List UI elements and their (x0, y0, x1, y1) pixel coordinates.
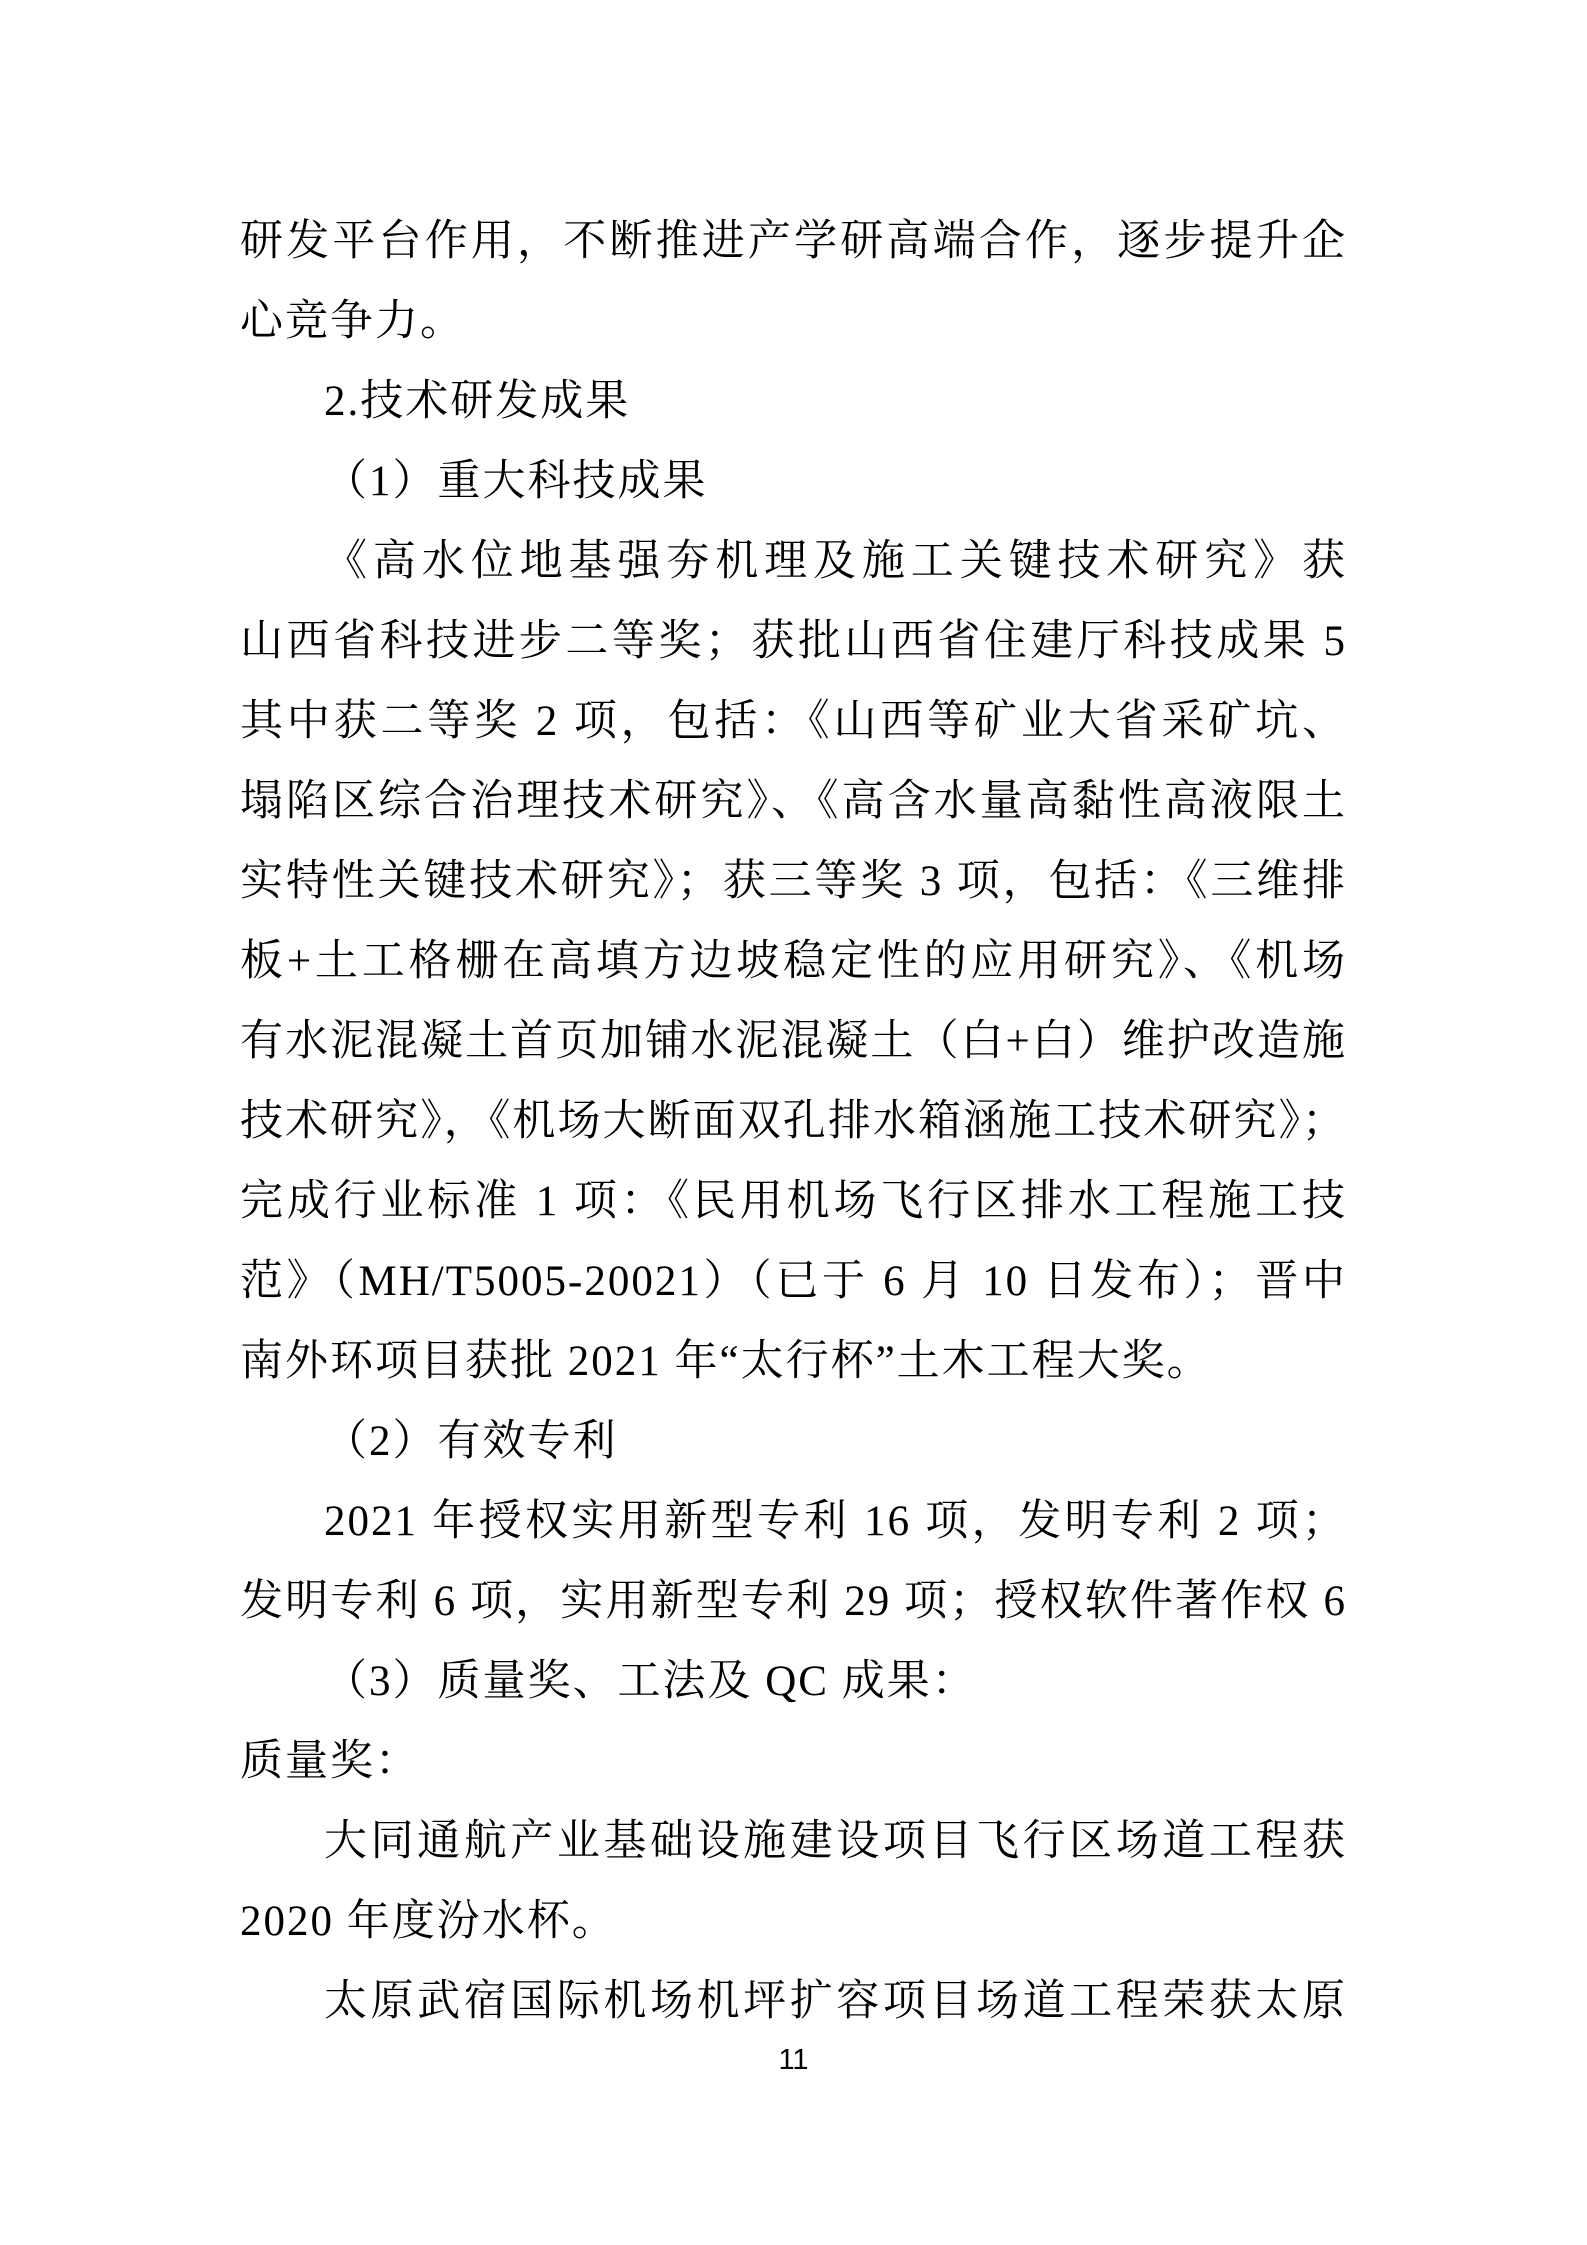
text-line: 范》（MH/T5005-20021）（已于 6 月 10 日发布）；晋中东 (240, 1242, 1347, 1322)
text-line: 大同通航产业基础设施建设项目飞行区场道工程获 (240, 1802, 1347, 1882)
text-line: 心竞争力。 (240, 282, 1347, 362)
text-line: 有水泥混凝土首页加铺水泥混凝土（白+白）维护改造施工 (240, 1002, 1347, 1082)
text-line: 实特性关键技术研究》；获三等奖 3 项，包括：《三维排水 (240, 842, 1347, 922)
text-line: 2020 年度汾水杯。 (240, 1882, 1347, 1962)
page-number: 11 (0, 2042, 1587, 2078)
text-line: 技术研究》，《机场大断面双孔排水箱涵施工技术研究》； (240, 1082, 1347, 1162)
text-line: 质量奖： (240, 1722, 1347, 1802)
text-line: 完成行业标准 1 项：《民用机场飞行区排水工程施工技术规 (240, 1162, 1347, 1242)
text-line: （1）重大科技成果 (240, 442, 1347, 522)
document-body: 研发平台作用，不断推进产学研高端合作，逐步提升企业核心竞争力。2.技术研发成果（… (240, 202, 1347, 2042)
text-line: 发明专利 6 项，实用新型专利 29 项；授权软件著作权 6 项。 (240, 1562, 1347, 1642)
text-line: （3）质量奖、工法及 QC 成果： (240, 1642, 1347, 1722)
text-line: 其中获二等奖 2 项，包括：《山西等矿业大省采矿坑、采空 (240, 682, 1347, 762)
document-page: 研发平台作用，不断推进产学研高端合作，逐步提升企业核心竞争力。2.技术研发成果（… (0, 0, 1587, 2245)
text-line: 太原武宿国际机场机坪扩容项目场道工程荣获太原市 (240, 1962, 1347, 2042)
text-line: 研发平台作用，不断推进产学研高端合作，逐步提升企业核 (240, 202, 1347, 282)
text-line: （2）有效专利 (240, 1402, 1347, 1482)
text-line: 板+土工格栅在高填方边坡稳定性的应用研究》、《机场旧 (240, 922, 1347, 1002)
text-line: 塌陷区综合治理技术研究》、《高含水量高黏性高液限土压 (240, 762, 1347, 842)
text-line: 2.技术研发成果 (240, 362, 1347, 442)
text-line: 《高水位地基强夯机理及施工关键技术研究》获 2021 年 (240, 522, 1347, 602)
text-line: 山西省科技进步二等奖；获批山西省住建厅科技成果 5 项， (240, 602, 1347, 682)
text-line: 2021 年授权实用新型专利 16 项，发明专利 2 项；受理 (240, 1482, 1347, 1562)
text-line: 南外环项目获批 2021 年“太行杯”土木工程大奖。 (240, 1322, 1347, 1402)
